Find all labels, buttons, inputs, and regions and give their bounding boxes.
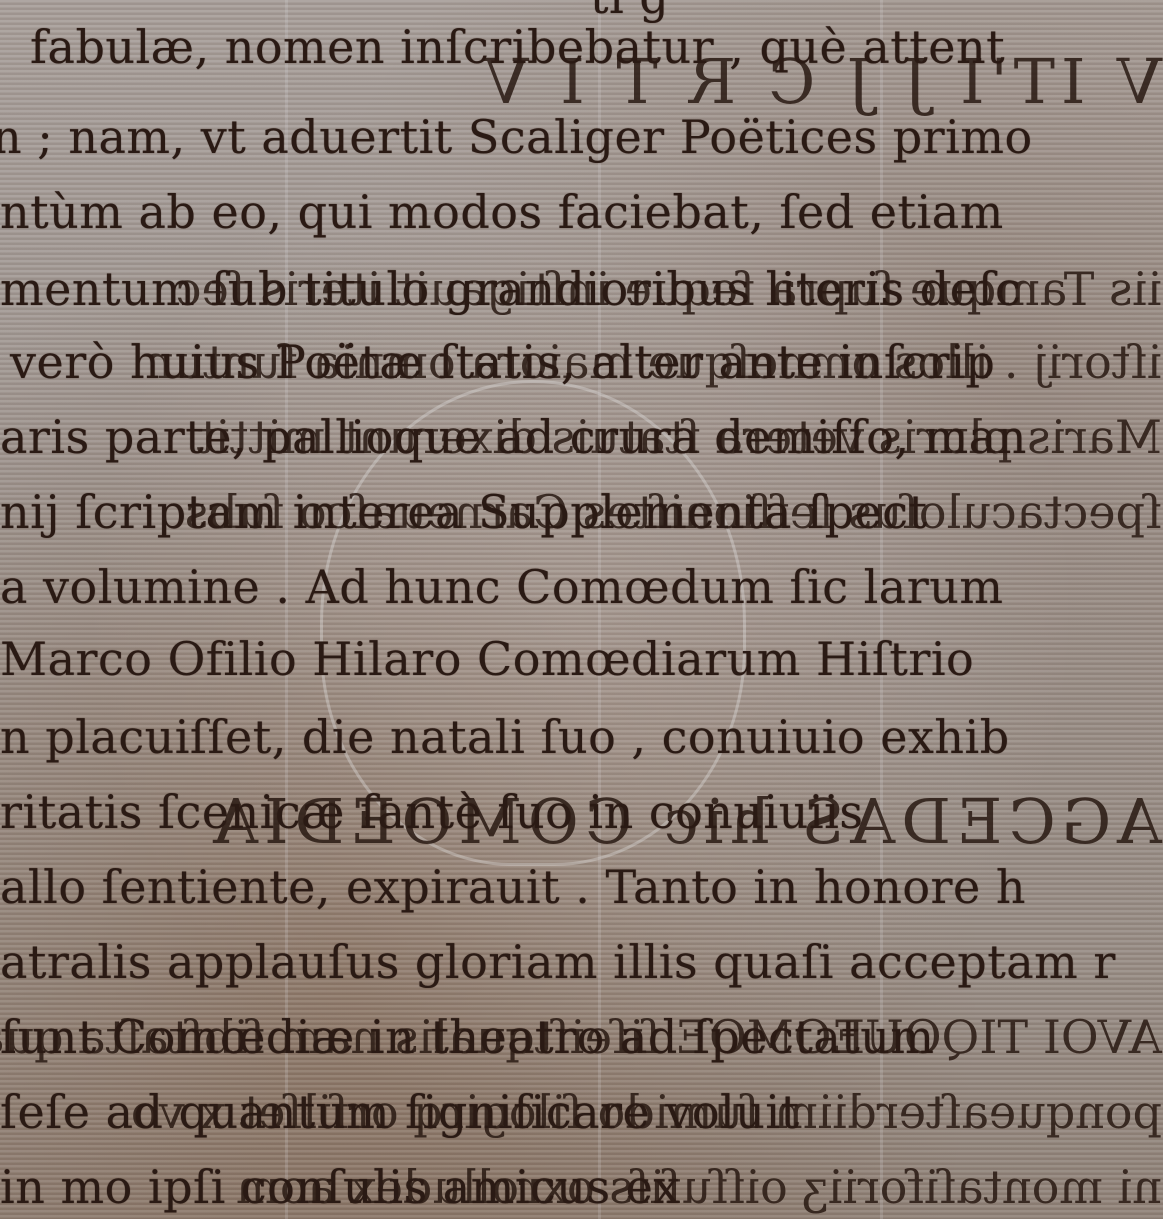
text-line: nij ſcriptam interea Supplementa ſpect [0,485,928,539]
text-line: ſeſe ad quantum ſignificare voluit [0,1085,800,1139]
text-line: atralis applauſus gloriam illis quaſi ac… [0,935,1116,989]
text-line: a volumine . Ad hunc Comœdum ſic larum [0,560,1003,614]
text-line: Marco Ofilio Hilaro Comœdiarum Hiſtrio [0,632,974,686]
text-line: n placuiſſet, die natali ſuo , conuiuio … [0,710,1010,764]
text-line: in mo ipſi conſulis amicus ex [0,1160,680,1214]
text-line: ritatis ſcenicæ ſantè ſuo in conuiuiis [0,785,863,839]
text-line: mentum ſub titulo grandioribus literis d… [0,262,1021,316]
text-line: verò huius Poëtæ ſtatis, alter ante inſc… [10,335,995,389]
text-line: ntùm ab eo, qui modos faciebat, ſed etia… [0,185,1004,239]
text-line: n ; nam, vt aduertit Scaliger Poëtices p… [0,110,1033,164]
text-line: aris parte, pallioque ad crura demiſſo, … [0,410,1027,464]
text-line: allo ſentiente, expirauit . Tanto in hon… [0,860,1026,914]
text-line: ſunt Comœdiæ in theatro ad ſpectatum [0,1010,935,1064]
text-line: fabulæ, nomen inſcribebatur , què attent [30,20,1005,74]
